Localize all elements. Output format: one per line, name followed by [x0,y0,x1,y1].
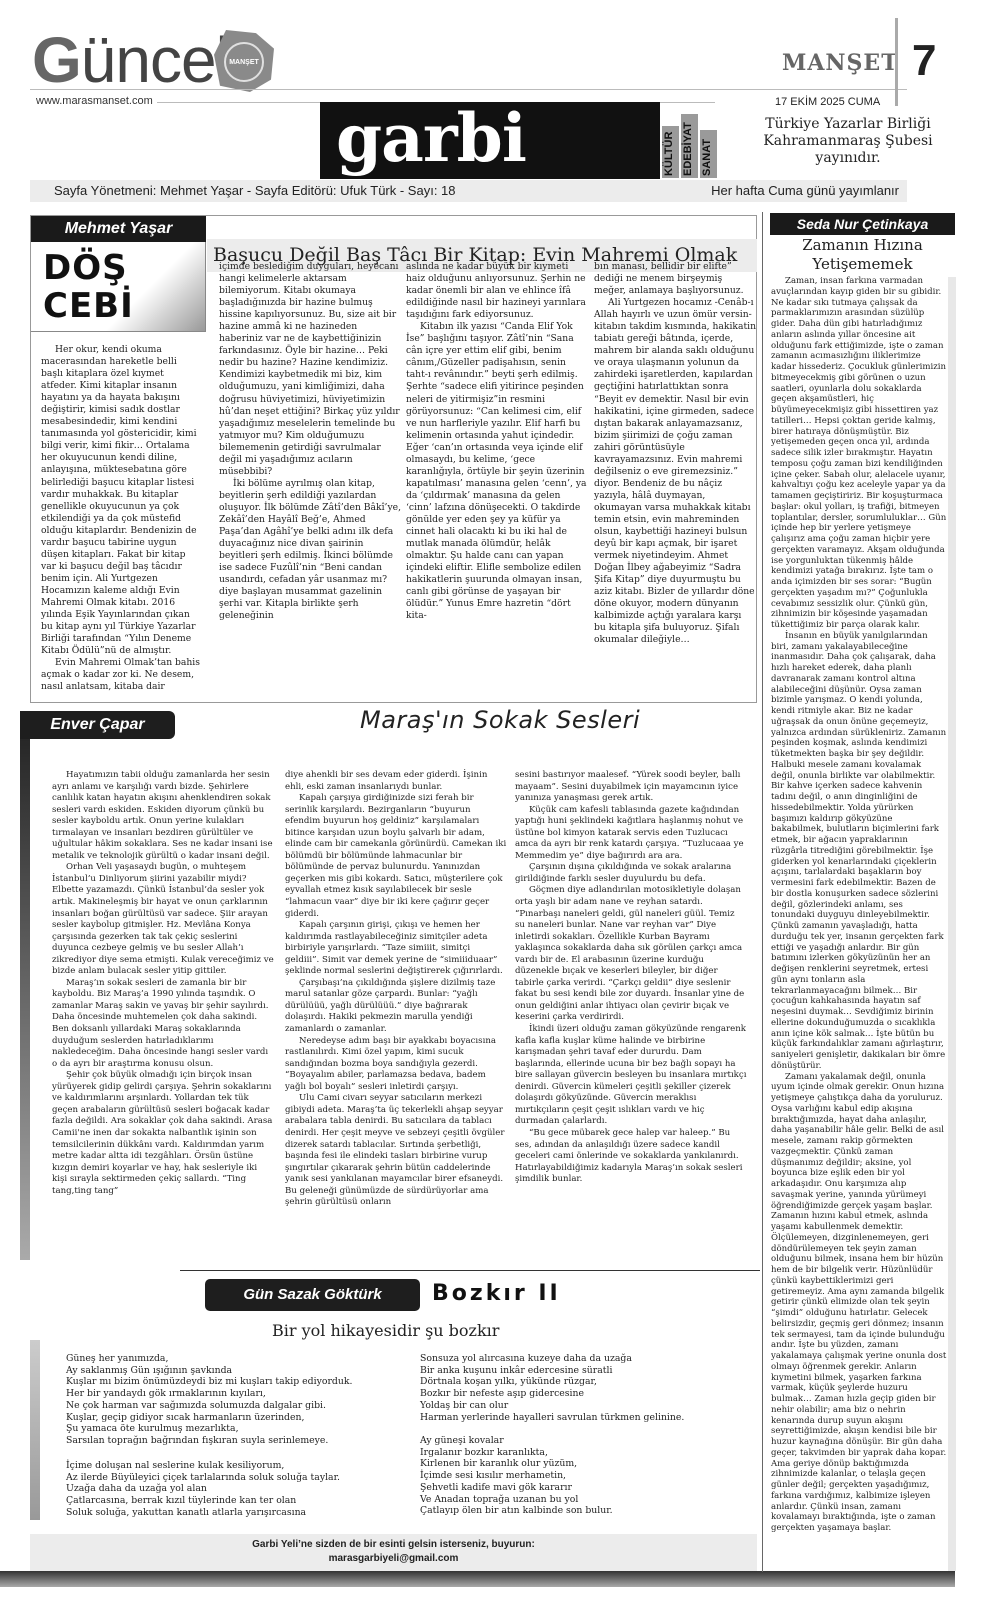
paragraph: diye ahenkli bir ses devam eder giderdi.… [285,770,507,793]
poem-line: İçimde sesi kısılır merhametin, [420,1470,613,1482]
poem-subtitle: Bir yol hikayesidir şu bozkır [272,1321,499,1340]
section-logo: Güncel [32,28,229,92]
poem-line: Ay saklanmış Gün ışığının şavkında [66,1365,352,1377]
paragraph: içimde beslediğim duyguları, heyecanı ha… [219,261,401,478]
submission-text: Garbi Yeli’ne sizden de bir esinti gelsi… [30,1538,757,1552]
article-title: Maraş'ın Sokak Sesleri [360,706,640,734]
paragraph: Çarşıbaşı’na çıkıldığında şişlere dizilm… [285,978,507,1036]
credits-bar: Sayfa Yönetmeni: Mehmet Yaşar - Sayfa Ed… [30,180,907,202]
paragraph: aslında ne kadar büyük bir kıymeti haiz … [406,261,588,321]
paragraph: sesini bastırıyor maalesef. “Yürek soodi… [515,770,747,805]
header-divider [30,89,907,90]
paragraph: Kapalı çarşının girişi, çıkışı ve hemen … [285,920,507,978]
page-number: 7 [912,36,936,86]
paragraph: Evin Mahremi Olmak’tan bahis açmak o kad… [41,657,201,693]
footer-bar [0,1571,955,1587]
paragraph: Orhan Veli yaşasaydı bugün, o muhteşem İ… [52,862,274,977]
page-credits: Sayfa Yönetmeni: Mehmet Yaşar - Sayfa Ed… [54,183,456,198]
paragraph: Zamanı yakalamak değil, onunla uyum için… [771,1072,947,1534]
poem-line: Güneş her yanımızda, [66,1353,352,1365]
poem-title: Bozkır II [432,1281,561,1306]
article-accent-strip [20,720,30,1260]
poem-stanza-2: İçime doluşan nal seslerine kulak kesili… [66,1460,340,1519]
poem-author: Gün Sazak Göktürk [205,1279,420,1311]
article-column-1: Her okur, kendi okuma macerasından harek… [41,344,201,693]
article-dos-cebi: Mehmet Yaşar DÖŞ CEBİ Başucu Değil Baş T… [30,215,757,703]
paragraph: Kapalı çarşıya girdiğinizde sizi ferah b… [285,793,507,920]
paragraph: Maraş’ın sokak sesleri de zamanla bir bi… [52,978,274,1070]
publication-frequency: Her hafta Cuma günü yayımlanır [711,183,899,198]
poem-line: Ve Anadan toprağa uzanan bu yol [420,1494,613,1506]
paragraph: Zaman, insan farkına varmadan avuçlarınd… [771,276,947,631]
paragraph: Her okur, kendi okuma macerasından harek… [41,344,201,657]
poem-line: Kuşlar, geçip gidiyor sıcak harmanların … [66,1412,352,1424]
poem-line: Bozkır bir nefeste aşıp gidercesine [420,1388,684,1400]
submission-email[interactable]: marasgarbiyeli@gmail.com [30,1552,757,1566]
paragraph: İki bölüme ayrılmış olan kitap, beyitler… [219,478,401,623]
tag-edebiyat: EDEBİYAT [681,114,698,178]
poem-line: Dörtnala koşan yılkı, yükünde rüzgar, [420,1376,684,1388]
poem-line: Kuşlar mı bizim önümüzdeydi biz mi kuşla… [66,1376,352,1388]
poem-stanza-3: Sonsuza yol alırcasına kuzeye daha da uz… [420,1353,684,1423]
sidebar-shade [948,277,956,1571]
column-name-line1: DÖŞ [43,250,128,286]
paragraph: bın manası, bellidir bir elifte” dediği … [594,261,756,297]
paragraph: Neredeyse adım başı bir ayakkabı boyacıs… [285,1036,507,1094]
paragraph: “Bu gece mübarek gece halep var haleep.”… [515,1128,747,1186]
newspaper-name: MANŞET [782,50,899,76]
poem-line: Harman yerlerinde hayalleri savrulan tür… [420,1412,684,1424]
paragraph: Şehir çok büyük olmadığı için birçok ins… [52,1070,274,1197]
poem-line: Kirlenen bir karanlık olur yüzüm, [420,1458,613,1470]
article-column-2: içimde beslediğim duyguları, heyecanı ha… [219,261,401,622]
article-column-2: diye ahenkli bir ses devam eder giderdi.… [285,770,507,1209]
sidebar-title: Zamanın Hızına Yetişememek [770,236,955,274]
paragraph: Ulu Cami civarı seyyar satıcıların merke… [285,1093,507,1208]
poem-line: Her bir yandaydı gök ırmaklarının kıyıla… [66,1388,352,1400]
poem-line: Sarsılan toprağın bağrından fışkıran suy… [66,1435,352,1447]
paragraph: Kitabın ilk yazısı “Canda Elif Yok İse” … [406,321,588,622]
website-link[interactable]: www.marasmanset.com [36,95,153,107]
poem-line: Çatlarcasına, berrak kızıl tüylerinde ka… [66,1495,340,1507]
article-author: Mehmet Yaşar [31,216,206,242]
paragraph: Hayatımızın tabii olduğu zamanlarda her … [52,770,274,862]
article-column-3: sesini bastırıyor maalesef. “Yürek soodi… [515,770,747,1186]
article-column-1: Hayatımızın tabii olduğu zamanlarda her … [52,770,274,1197]
paragraph: Göçmen diye adlandırılan motosikletiyle … [515,885,747,1024]
poem-line: Ay güneşi kovalar [420,1435,613,1447]
sidebar-article-body: Zaman, insan farkına varmadan avuçlarınd… [771,276,947,1534]
poem-stanza-1: Güneş her yanımızda, Ay saklanmış Gün ış… [66,1353,352,1447]
sidebar-author: Seda Nur Çetinkaya [770,213,955,235]
section-divider [180,1270,760,1271]
submission-note: Garbi Yeli’ne sizden de bir esinti gelsi… [30,1534,757,1572]
page-number-divider [895,18,898,106]
poem-line: Şehvetli kadife mavi gök kararır [420,1482,613,1494]
sidebar-divider [762,212,763,1572]
issue-date: 17 EKİM 2025 CUMA [775,96,880,108]
poem-line: Yoldaş bir can olur [420,1400,684,1412]
article-column-3: aslında ne kadar büyük bir kıymeti haiz … [406,261,588,622]
section-logo-initial: G [32,24,81,96]
poem-line: Çatlayıp ölen bir atın kalbinde son bulu… [420,1505,613,1517]
poem-line: Uzağa daha da uzağa yol alan [66,1483,340,1495]
supplement-title: garbi yeli [320,102,660,179]
poem-line: Irgalanır bozkır karanlıkta, [420,1447,613,1459]
poem-line: Şu yamaca öte kurulmuş mezarlıkta, [66,1423,352,1435]
paragraph: Küçük cam kafesli tablasında gazete kağı… [515,805,747,863]
paragraph: Çarşının dışına çıkıldığında ve sokak ar… [515,862,747,885]
seal-text: MANŞET [224,42,264,82]
supplement-tags: KÜLTÜR EDEBİYAT SANAT [662,114,717,178]
poem-line: Az ilerde Büyüleyici çiçek tarlalarında … [66,1472,340,1484]
paragraph: İkindi üzeri olduğu zaman gökyüzünde ren… [515,1024,747,1128]
section-logo-rest: üncel [81,24,229,96]
poem-stanza-4: Ay güneşi kovalar Irgalanır bozkır karan… [420,1435,613,1517]
publisher-note: Türkiye Yazarlar Birliği Kahramanmaraş Ş… [752,116,944,167]
tag-sanat: SANAT [700,130,717,178]
tag-kultur: KÜLTÜR [662,126,679,178]
article-column-4: bın manası, bellidir bir elifte” dediği … [594,261,756,647]
article-author: Enver Çapar [20,711,175,739]
paragraph: Ali Yurtgezen hocamız -Cenâb-ı Allah hay… [594,297,756,646]
poem-line: Ne çok harman var sağımızda solumuzda da… [66,1400,352,1412]
poem-line: Soluk soluğa, yakuttan kanatlı atlarla y… [66,1507,340,1519]
poem-accent-strip [30,1340,40,1520]
column-name-line2: CEBİ [43,288,134,324]
column-logo: DÖŞ CEBİ [31,242,206,332]
paragraph: İnsanın en büyük yanılgılarından biri, z… [771,631,947,1072]
poem-line: Bir anka kuşunu inkâr edercesine süratli [420,1365,684,1377]
poem-line: Sonsuza yol alırcasına kuzeye daha da uz… [420,1353,684,1365]
newspaper-seal-icon: MANŞET [214,30,274,92]
poem-line: İçime doluşan nal seslerine kulak kesili… [66,1460,340,1472]
